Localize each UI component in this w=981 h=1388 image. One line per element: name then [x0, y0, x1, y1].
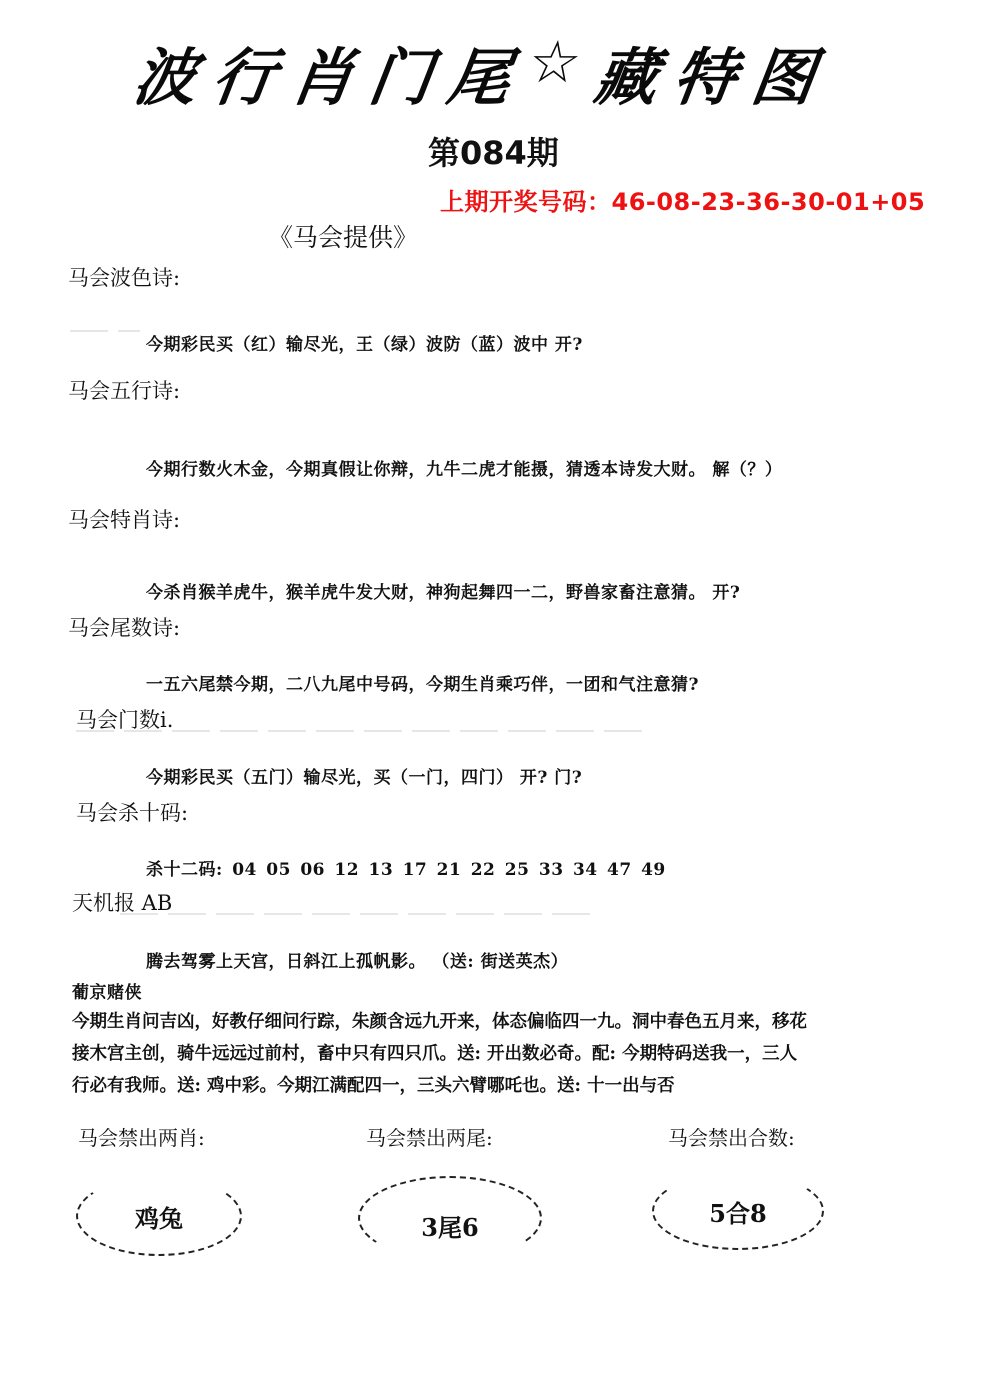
star-icon: ☆ — [521, 28, 586, 117]
ban-value-tail: 3尾6 — [421, 1194, 478, 1243]
title-char: 行 — [207, 28, 282, 117]
divider — [70, 330, 140, 332]
title-char: 尾 — [443, 28, 518, 117]
section-label-kill-numbers: 马会杀十码: — [76, 797, 188, 827]
ban-oval-zodiac: 鸡兔 — [76, 1176, 242, 1256]
kill-numbers-list: 杀十二码: 04 05 06 12 13 17 21 22 25 33 34 4… — [146, 855, 666, 880]
title-char: 藏 — [590, 28, 665, 117]
ban-value-zodiac: 鸡兔 — [135, 1199, 183, 1234]
title-char: 门 — [364, 28, 439, 117]
ban-label-tail: 马会禁出两尾: — [366, 1122, 493, 1151]
poem-wave-color: 今期彩民买（红）输尽光，王（绿）波防（蓝）波中 开? — [146, 330, 583, 355]
ban-oval-sum: 5合8 — [652, 1172, 824, 1250]
text-line: 今期生肖问吉凶，好教仔细问行踪，朱颜含远九开来，体态偏临四一九。洞中春色五月来，… — [72, 1006, 932, 1038]
text-line: 接木宫主创，骑牛远远过前村，畜中只有四只爪。送: 开出数必奇。配: 今期特码送我… — [72, 1038, 932, 1070]
macau-gambler-text: 今期生肖问吉凶，好教仔细问行踪，朱颜含远九开来，体态偏临四一九。洞中春色五月来，… — [72, 1006, 932, 1102]
section-label-special-zodiac: 马会特肖诗: — [68, 504, 180, 534]
last-draw-numbers: 上期开奖号码：46-08-23-36-30-01+05 — [440, 182, 925, 217]
section-label-tail-number: 马会尾数诗: — [68, 612, 180, 642]
divider — [120, 913, 600, 915]
issue-number: 第084期 — [428, 128, 559, 174]
section-label-wave-color: 马会波色诗: — [68, 262, 180, 292]
divider — [76, 730, 646, 732]
ban-value-sum: 5合8 — [709, 1194, 766, 1229]
section-label-five-elements: 马会五行诗: — [68, 375, 180, 405]
title-char: 图 — [747, 28, 822, 117]
poem-special-zodiac: 今杀肖猴羊虎牛，猴羊虎牛发大财，神狗起舞四一二，野兽家畜注意猜。 开? — [146, 578, 740, 603]
provider-label: 《马会提供》 — [268, 218, 418, 254]
ban-oval-tail: 3尾6 — [358, 1176, 542, 1260]
main-title: 波 行 肖 门 尾 ☆ 藏 特 图 — [129, 28, 822, 117]
poem-tail-number: 一五六尾禁今期，二八九尾中号码，今期生肖乘巧伴，一团和气注意猜? — [146, 670, 699, 695]
poem-door-number: 今期彩民买（五门）输尽光，买（一门，四门） 开? 门? — [146, 763, 582, 788]
text-line: 行必有我师。送: 鸡中彩。今期江满配四一，三头六臂哪吒也。送: 十一出与否 — [72, 1070, 932, 1102]
ban-label-zodiac: 马会禁出两肖: — [78, 1122, 205, 1151]
ban-label-sum: 马会禁出合数: — [668, 1122, 795, 1151]
title-char: 特 — [668, 28, 743, 117]
title-char: 肖 — [286, 28, 361, 117]
poem-tianji: 腾去驾雾上天宫，日斜江上孤帆影。 （送: 街送英杰） — [146, 947, 568, 972]
section-label-macau-gambler: 葡京赌侠 — [72, 978, 142, 1003]
title-char: 波 — [129, 28, 204, 117]
poem-five-elements: 今期行数火木金，今期真假让你辩，九牛二虎才能摄，猜透本诗发大财。 解（？） — [146, 455, 782, 480]
